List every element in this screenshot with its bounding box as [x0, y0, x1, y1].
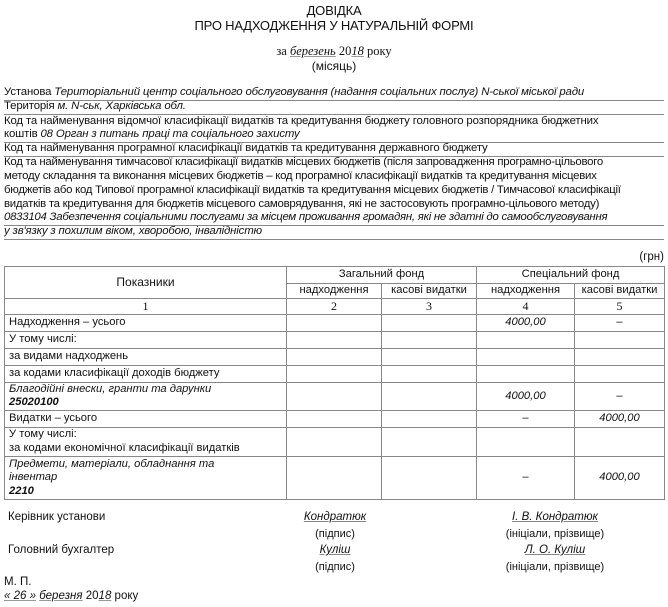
cell-special-receipts [477, 349, 575, 366]
cell-special-receipts [477, 366, 575, 383]
cell-general-receipts [287, 349, 382, 366]
temporary-label-1: Код та найменування тимчасової класифіка… [4, 156, 664, 170]
table-row: Предмети, матеріали, обладнання та інвен… [5, 456, 665, 499]
cell-special-receipts [477, 427, 575, 456]
col-number: 1 [5, 299, 287, 315]
date-year-word: року [115, 590, 139, 602]
accountant-name-caption: (ініціали, прізвище) [480, 561, 630, 574]
cell-special-expenses [575, 332, 665, 349]
row-code: 2210 [9, 485, 282, 498]
date-month: березня [39, 590, 82, 602]
period-prefix: за [276, 44, 287, 58]
temporary-value-2: у зв'язку з похилим віком, хворобою, інв… [4, 225, 664, 240]
row-label: Благодійні внески, гранти та дарунки 250… [5, 383, 287, 411]
cell-general-expenses [382, 456, 477, 499]
date-day: « 26 » [4, 590, 36, 602]
currency-note: (грн) [639, 251, 664, 265]
report-period: за березень 2018 року [0, 44, 668, 59]
row-label: У тому числі: [5, 332, 287, 349]
temporary-label-2: методу складання та виконання місцевих б… [4, 170, 664, 184]
temporary-value-1: 0833104 Забезпечення соціальними послуга… [4, 211, 664, 226]
accountant-name: Л. О. Куліш [480, 544, 630, 558]
cell-special-receipts: 4000,00 [477, 315, 575, 332]
row-code: 25020100 [9, 396, 282, 409]
cell-special-expenses: – [575, 315, 665, 332]
row-label-text-2: за кодами економічної класифікації видат… [9, 442, 282, 455]
departmental-value: 08 Орган з питань праці та соціального з… [41, 128, 300, 140]
cell-general-receipts [287, 383, 382, 411]
table-row: У тому числі: за кодами економічної клас… [5, 427, 665, 456]
cell-special-receipts [477, 332, 575, 349]
row-label: Надходження – усього [5, 315, 287, 332]
col-number: 5 [575, 299, 665, 315]
head-name-caption: (ініціали, прізвище) [480, 528, 630, 541]
col-special-expenses: касові видатки [575, 284, 665, 299]
cell-general-expenses [382, 366, 477, 383]
cell-special-receipts: – [477, 456, 575, 499]
table-row: Благодійні внески, гранти та дарунки 250… [5, 383, 665, 411]
period-year-suffix: 18 [351, 44, 364, 58]
row-label: Предмети, матеріали, обладнання та інвен… [5, 456, 287, 499]
row-label-text: У тому числі: [9, 428, 282, 441]
cell-special-expenses [575, 366, 665, 383]
territory-value: м. N-ськ, Харківська обл. [57, 100, 185, 112]
territory-line: Територія м. N-ськ, Харківська обл. [4, 100, 664, 115]
col-group-general: Загальний фонд [287, 267, 477, 284]
head-signature-caption: (підпис) [280, 528, 390, 541]
period-suffix: року [367, 44, 392, 58]
table-row: Надходження – усього 4000,00 – [5, 315, 665, 332]
cell-special-expenses [575, 349, 665, 366]
document-subtitle: ПРО НАДХОДЖЕННЯ У НАТУРАЛЬНІЙ ФОРМІ [0, 18, 668, 34]
accountant-title: Головний бухгалтер [8, 544, 114, 558]
program-label: Код та найменування програмної класифіка… [4, 142, 488, 154]
cell-general-expenses [382, 410, 477, 427]
accountant-signature-caption: (підпис) [280, 561, 390, 574]
cell-special-receipts: – [477, 410, 575, 427]
period-month: березень [290, 44, 336, 58]
period-year-prefix: 20 [339, 44, 352, 58]
cell-general-receipts [287, 427, 382, 456]
temporary-label-4: видатків та кредитування для бюджетів мі… [4, 198, 664, 212]
cell-general-receipts [287, 410, 382, 427]
cell-special-expenses: 4000,00 [575, 456, 665, 499]
col-group-special: Спеціальний фонд [477, 267, 665, 284]
table-row: Видатки – усього – 4000,00 [5, 410, 665, 427]
table-row: за видами надходжень [5, 349, 665, 366]
cell-general-expenses [382, 332, 477, 349]
institution-line: Установа Територіальний центр соціальног… [4, 86, 664, 101]
period-caption: (місяць) [0, 59, 668, 73]
temporary-label-3: бюджетів або код Типової програмної клас… [4, 184, 664, 198]
head-name: І. В. Кондратюк [480, 511, 630, 525]
row-label-text-2: інвентар [9, 471, 282, 484]
col-special-receipts: надходження [477, 284, 575, 299]
cell-special-expenses: – [575, 383, 665, 411]
cell-general-receipts [287, 456, 382, 499]
row-label-text: Благодійні внески, гранти та дарунки [9, 383, 282, 396]
table-header-row: Показники Загальний фонд Спеціальний фон… [5, 267, 665, 284]
cell-general-expenses [382, 349, 477, 366]
col-indicators: Показники [5, 267, 287, 299]
institution-value: Територіальний центр соціального обслуго… [54, 86, 584, 98]
cell-general-expenses [382, 315, 477, 332]
receipts-table: Показники Загальний фонд Спеціальний фон… [4, 266, 665, 500]
date-year-suffix: 18 [99, 590, 112, 602]
departmental-label-2: коштів [4, 128, 37, 140]
stamp-label: М. П. [4, 576, 31, 590]
row-label: за видами надходжень [5, 349, 287, 366]
cell-general-expenses [382, 427, 477, 456]
program-line: Код та найменування програмної класифіка… [4, 142, 664, 157]
row-label: У тому числі: за кодами економічної клас… [5, 427, 287, 456]
row-label: за кодами класифікації доходів бюджету [5, 366, 287, 383]
departmental-label-1: Код та найменування відомчої класифікаці… [4, 115, 664, 129]
cell-special-expenses [575, 427, 665, 456]
head-title: Керівник установи [8, 511, 105, 525]
column-number-row: 1 2 3 4 5 [5, 299, 665, 315]
cell-general-receipts [287, 332, 382, 349]
col-number: 4 [477, 299, 575, 315]
col-number: 2 [287, 299, 382, 315]
col-general-receipts: надходження [287, 284, 382, 299]
col-general-expenses: касові видатки [382, 284, 477, 299]
table-row: за кодами класифікації доходів бюджету [5, 366, 665, 383]
row-label-text: Предмети, матеріали, обладнання та [9, 458, 282, 471]
date-year-prefix: 20 [86, 590, 99, 602]
institution-label: Установа [4, 86, 51, 98]
cell-general-expenses [382, 383, 477, 411]
cell-special-expenses: 4000,00 [575, 410, 665, 427]
table-row: У тому числі: [5, 332, 665, 349]
territory-label: Територія [4, 100, 54, 112]
cell-special-receipts: 4000,00 [477, 383, 575, 411]
cell-general-receipts [287, 366, 382, 383]
departmental-line: коштів 08 Орган з питань праці та соціал… [4, 128, 664, 143]
footer-date: « 26 » березня 2018 року [4, 590, 138, 604]
document-title: ДОВІДКА [0, 3, 668, 19]
accountant-signature: Куліш [280, 544, 390, 558]
cell-general-receipts [287, 315, 382, 332]
head-signature: Кондратюк [280, 511, 390, 525]
row-label: Видатки – усього [5, 410, 287, 427]
col-number: 3 [382, 299, 477, 315]
